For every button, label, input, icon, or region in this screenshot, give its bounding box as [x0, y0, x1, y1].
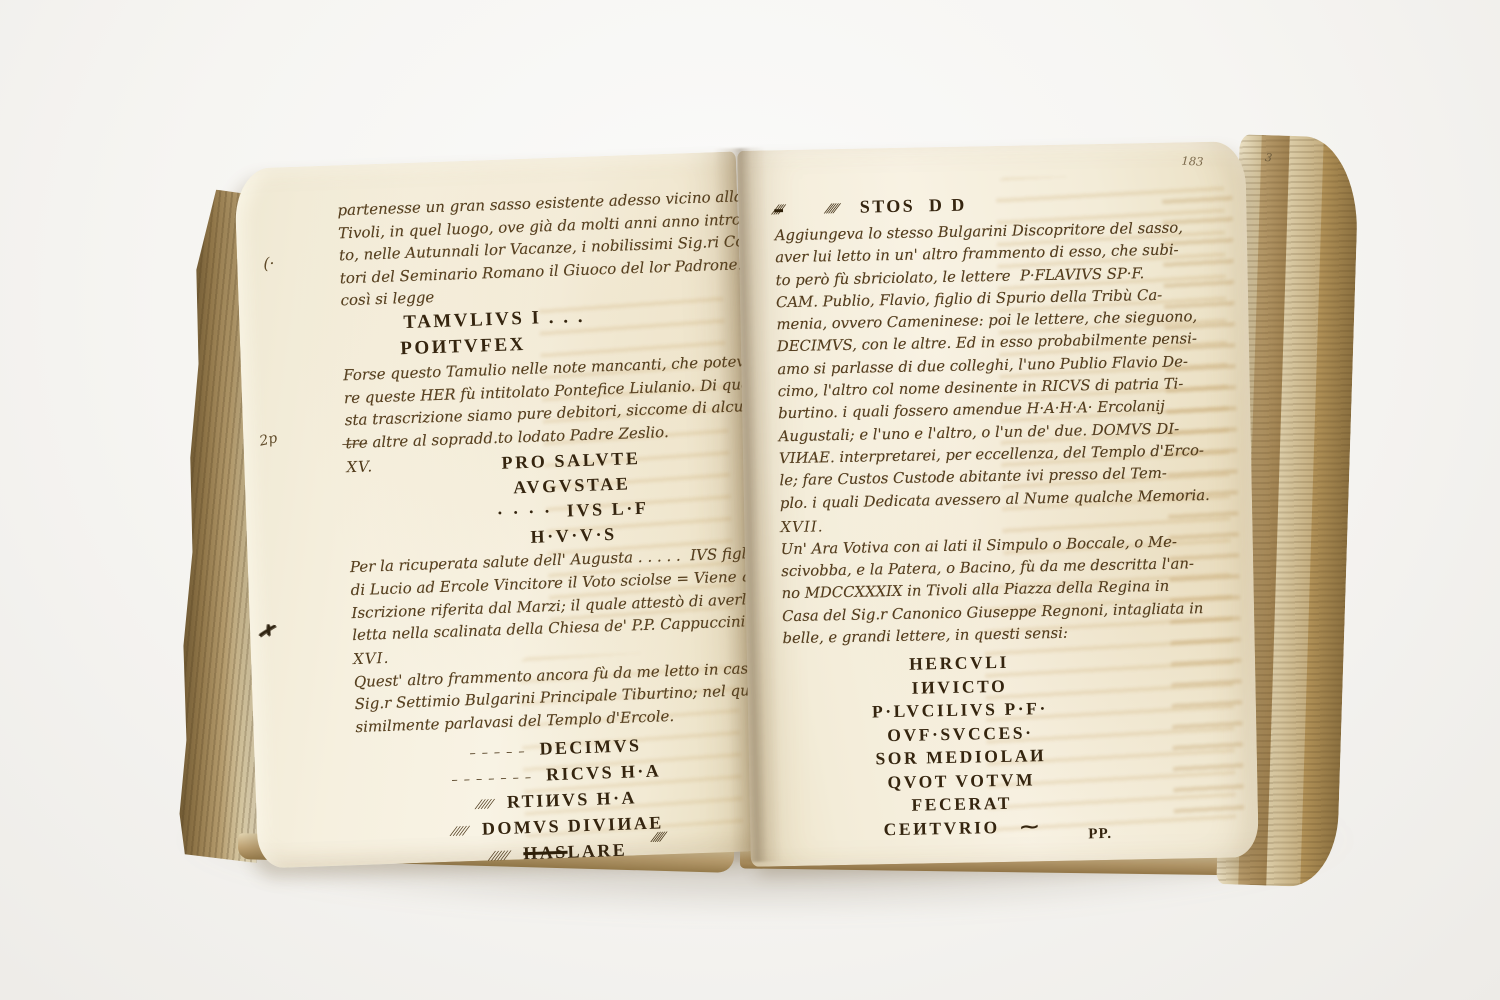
paragraph: Un' Ara Votiva con ai lati il Simpulo o … — [781, 532, 1139, 650]
inscription-text: DOMVS DIVIИAE — [482, 812, 664, 838]
tally-mark: ⁄⁄⁄⁄⁄ — [452, 823, 468, 839]
struck-tally-mark: ⁄⁄⁄⁄ — [774, 203, 783, 218]
tally-mark: – – – – – — [469, 743, 526, 760]
left-catchword: ⁄⁄⁄⁄⁄ — [653, 830, 664, 845]
inscription-block: PRO SALVTEAVGVSTAE· · · · IVS L·FH·V·V·S — [451, 445, 694, 553]
tally-mark: – – – – – – – — [451, 768, 532, 786]
inscription-text: STOS D D — [860, 195, 967, 217]
paragraph: Quest' altro frammento ancora fù da me l… — [354, 657, 754, 739]
tally-mark: ⁄⁄⁄⁄⁄ — [827, 202, 838, 217]
inscription-text: RTIИVS H·A — [507, 787, 638, 812]
manuscript-photo-scene: 3 (· 2p ✗ partenesse un gran sasso esist… — [0, 0, 1500, 1000]
section-xv-row: XV. PRO SALVTEAVGVSTAE· · · · IVS L·FH·V… — [346, 443, 747, 557]
left-page-text-column: partenesse un gran sasso esistente adess… — [337, 186, 758, 873]
margin-paren-mark: (· — [263, 254, 275, 273]
paragraph: Per la ricuperata salute dell' Augusta .… — [350, 543, 751, 647]
inscription-text: DECIMVS — [539, 735, 641, 759]
right-catchword: PP. — [1088, 826, 1112, 843]
right-page: 183 ⁄⁄⁄⁄⁄⁄⁄⁄⁄STOS D D Aggiungeva lo stes… — [737, 141, 1259, 867]
inscription-text: LARE — [567, 839, 627, 861]
paragraph: partenesse un gran sasso esistente adess… — [337, 186, 739, 313]
left-page: (· 2p ✗ partenesse un gran sasso esisten… — [234, 151, 760, 868]
inscription-block: – – – – –DECIMVS – – – – – – –RICVS H·A … — [356, 729, 758, 873]
folio-number: 183 — [1181, 154, 1204, 169]
fragment-header-line: ⁄⁄⁄⁄⁄⁄⁄⁄⁄STOS D D — [774, 189, 1130, 223]
paragraph: Forse questo Tamulio nelle note mancanti… — [343, 350, 744, 454]
inscription-block: HERCVLIIИVICTOP·LVCILIVS P·F·OVF·SVCCES·… — [809, 649, 1113, 843]
tally-mark: ⁄⁄⁄⁄⁄ — [477, 796, 493, 812]
paragraph: Aggiungeva lo stesso Bulgarini Discoprit… — [775, 218, 1136, 515]
margin-sigla-mark: 2p — [258, 430, 279, 449]
struck-word: HAS — [523, 841, 568, 863]
inscription-text: RICVS H·A — [546, 760, 662, 784]
section-number: XV. — [346, 456, 373, 479]
margin-scribble-mark: ✗ — [256, 619, 276, 644]
right-page-text-column: ⁄⁄⁄⁄⁄⁄⁄⁄⁄STOS D D Aggiungeva lo stesso B… — [774, 189, 1142, 843]
tally-mark: ⁄⁄⁄⁄⁄⁄ — [491, 847, 510, 863]
inscription-line: CEИTVRIO ⁓ — [812, 814, 1112, 843]
